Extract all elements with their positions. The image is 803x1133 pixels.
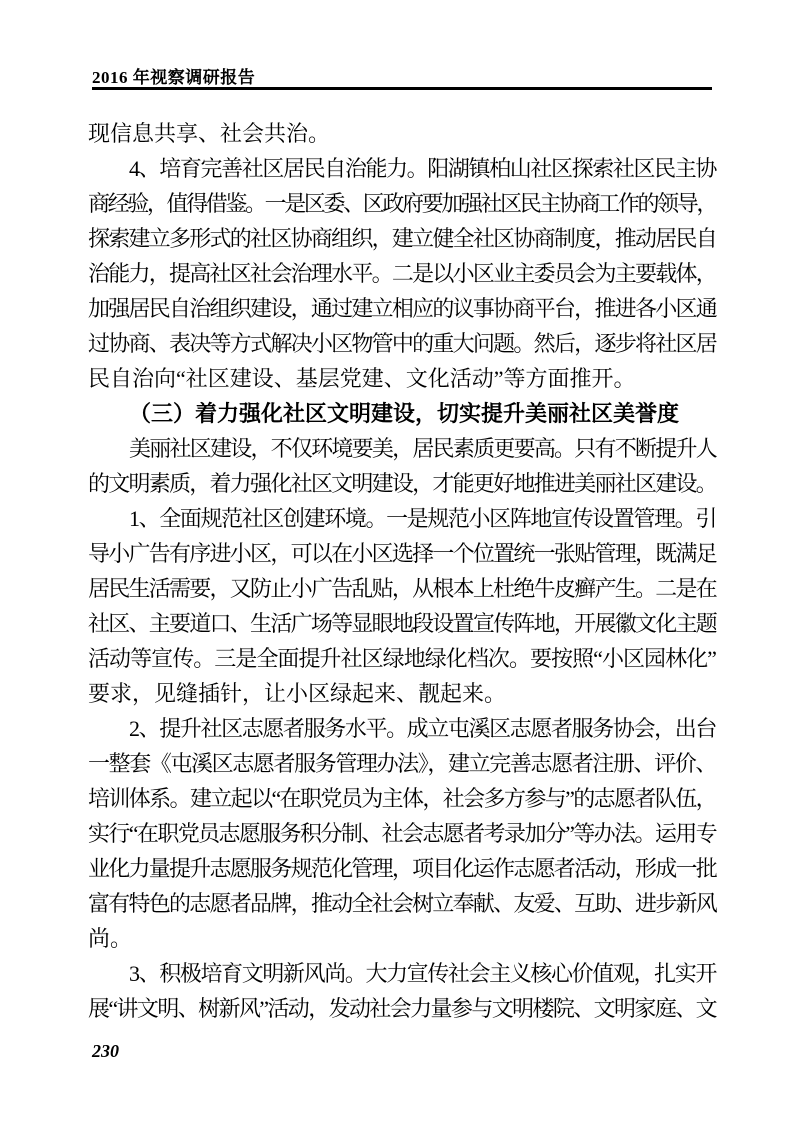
text-line: 现信息共享、社会共治。	[88, 116, 716, 151]
text-line-content: 现信息共享、社会共治。	[88, 121, 330, 146]
text-line: 要求，见缝插针，让小区绿起来、靓起来。	[88, 676, 716, 711]
text-line-content: 过协商、表决等方式解决小区物管中的重大问题。然后，逐步将社区居	[88, 331, 716, 356]
text-line: 社区、主要道口、生活广场等显眼地段设置宣传阵地，开展徽文化主题	[88, 606, 716, 641]
text-line-content: 加强居民自治组织建设，通过建立相应的议事协商平台，推进各小区通	[88, 296, 716, 321]
text-line-content: 3、积极培育文明新风尚。大力宣传社会主义核心价值观，扎实开	[129, 961, 716, 986]
text-line: 民自治向“社区建设、基层党建、文化活动”等方面推开。	[88, 361, 716, 396]
text-line-content: 美丽社区建设，不仅环境要美，居民素质更要高。只有不断提升人	[129, 436, 716, 461]
text-line: 居民生活需要，又防止小广告乱贴，从根本上杜绝牛皮癣产生。二是在	[88, 571, 716, 606]
text-line-content: 居民生活需要，又防止小广告乱贴，从根本上杜绝牛皮癣产生。二是在	[88, 576, 716, 601]
text-line-content: 培训体系。建立起以“在职党员为主体，社会多方参与”的志愿者队伍，	[88, 786, 716, 811]
text-line-content: 社区、主要道口、生活广场等显眼地段设置宣传阵地，开展徽文化主题	[88, 611, 716, 636]
text-line: 2、提升社区志愿者服务水平。成立屯溪区志愿者服务协会，出台	[88, 711, 716, 746]
text-line: 4、培育完善社区居民自治能力。阳湖镇柏山社区探索社区民主协	[88, 151, 716, 186]
text-line-content: 治能力，提高社区社会治理水平。二是以小区业主委员会为主要载体，	[88, 261, 716, 286]
section-heading: （三）着力强化社区文明建设，切实提升美丽社区美誉度	[88, 396, 716, 431]
text-line-content: 2、提升社区志愿者服务水平。成立屯溪区志愿者服务协会，出台	[129, 716, 716, 741]
text-line: 商经验，值得借鉴。一是区委、区政府要加强社区民主协商工作的领导，	[88, 186, 716, 221]
text-line: 展“讲文明、树新风”活动，发动社会力量参与文明楼院、文明家庭、文	[88, 991, 716, 1026]
text-line: 活动等宣传。三是全面提升社区绿地绿化档次。要按照“小区园林化”	[88, 641, 716, 676]
text-line: 过协商、表决等方式解决小区物管中的重大问题。然后，逐步将社区居	[88, 326, 716, 361]
text-line-content: 富有特色的志愿者品牌，推动全社会树立奉献、友爱、互助、进步新风	[88, 891, 716, 916]
text-line: 培训体系。建立起以“在职党员为主体，社会多方参与”的志愿者队伍，	[88, 781, 716, 816]
document-lines: 现信息共享、社会共治。4、培育完善社区居民自治能力。阳湖镇柏山社区探索社区民主协…	[88, 116, 716, 1026]
text-line: 加强居民自治组织建设，通过建立相应的议事协商平台，推进各小区通	[88, 291, 716, 326]
text-line-content: （三）着力强化社区文明建设，切实提升美丽社区美誉度	[129, 401, 679, 426]
text-line-content: 的文明素质，着力强化社区文明建设，才能更好地推进美丽社区建设。	[88, 471, 716, 496]
text-line: 美丽社区建设，不仅环境要美，居民素质更要高。只有不断提升人	[88, 431, 716, 466]
text-line-content: 探索建立多形式的社区协商组织，建立健全社区协商制度，推动居民自	[88, 226, 716, 251]
text-line: 富有特色的志愿者品牌，推动全社会树立奉献、友爱、互助、进步新风	[88, 886, 716, 921]
text-line: 探索建立多形式的社区协商组织，建立健全社区协商制度，推动居民自	[88, 221, 716, 256]
text-line-content: 展“讲文明、树新风”活动，发动社会力量参与文明楼院、文明家庭、文	[88, 996, 716, 1021]
text-line: 导小广告有序进小区，可以在小区选择一个位置统一张贴管理，既满足	[88, 536, 716, 571]
text-line-content: 1、全面规范社区创建环境。一是规范小区阵地宣传设置管理。引	[129, 506, 716, 531]
document-page: 2016 年视察调研报告 现信息共享、社会共治。4、培育完善社区居民自治能力。阳…	[0, 0, 803, 1133]
text-line: 业化力量提升志愿服务规范化管理，项目化运作志愿者活动，形成一批	[88, 851, 716, 886]
text-line-content: 导小广告有序进小区，可以在小区选择一个位置统一张贴管理，既满足	[88, 541, 716, 566]
text-line: 1、全面规范社区创建环境。一是规范小区阵地宣传设置管理。引	[88, 501, 716, 536]
text-line: 实行“在职党员志愿服务积分制、社会志愿者考录加分”等办法。运用专	[88, 816, 716, 851]
text-line-content: 要求，见缝插针，让小区绿起来、靓起来。	[88, 681, 506, 706]
text-line: 尚。	[88, 921, 716, 956]
text-line-content: 一整套《屯溪区志愿者服务管理办法》，建立完善志愿者注册、评价、	[88, 751, 716, 776]
text-line: 的文明素质，着力强化社区文明建设，才能更好地推进美丽社区建设。	[88, 466, 716, 501]
header-rule	[92, 87, 712, 90]
text-line: 一整套《屯溪区志愿者服务管理办法》，建立完善志愿者注册、评价、	[88, 746, 716, 781]
text-line: 3、积极培育文明新风尚。大力宣传社会主义核心价值观，扎实开	[88, 956, 716, 991]
text-line-content: 活动等宣传。三是全面提升社区绿地绿化档次。要按照“小区园林化”	[88, 646, 716, 671]
text-line: 治能力，提高社区社会治理水平。二是以小区业主委员会为主要载体，	[88, 256, 716, 291]
text-line-content: 4、培育完善社区居民自治能力。阳湖镇柏山社区探索社区民主协	[129, 156, 716, 181]
text-line-content: 业化力量提升志愿服务规范化管理，项目化运作志愿者活动，形成一批	[88, 856, 716, 881]
running-header-title: 2016 年视察调研报告	[92, 63, 255, 88]
text-line-content: 尚。	[88, 926, 132, 951]
text-line-content: 商经验，值得借鉴。一是区委、区政府要加强社区民主协商工作的领导，	[88, 191, 716, 216]
text-line-content: 民自治向“社区建设、基层党建、文化活动”等方面推开。	[88, 366, 636, 391]
page-number: 230	[92, 1041, 119, 1062]
text-line-content: 实行“在职党员志愿服务积分制、社会志愿者考录加分”等办法。运用专	[88, 821, 716, 846]
